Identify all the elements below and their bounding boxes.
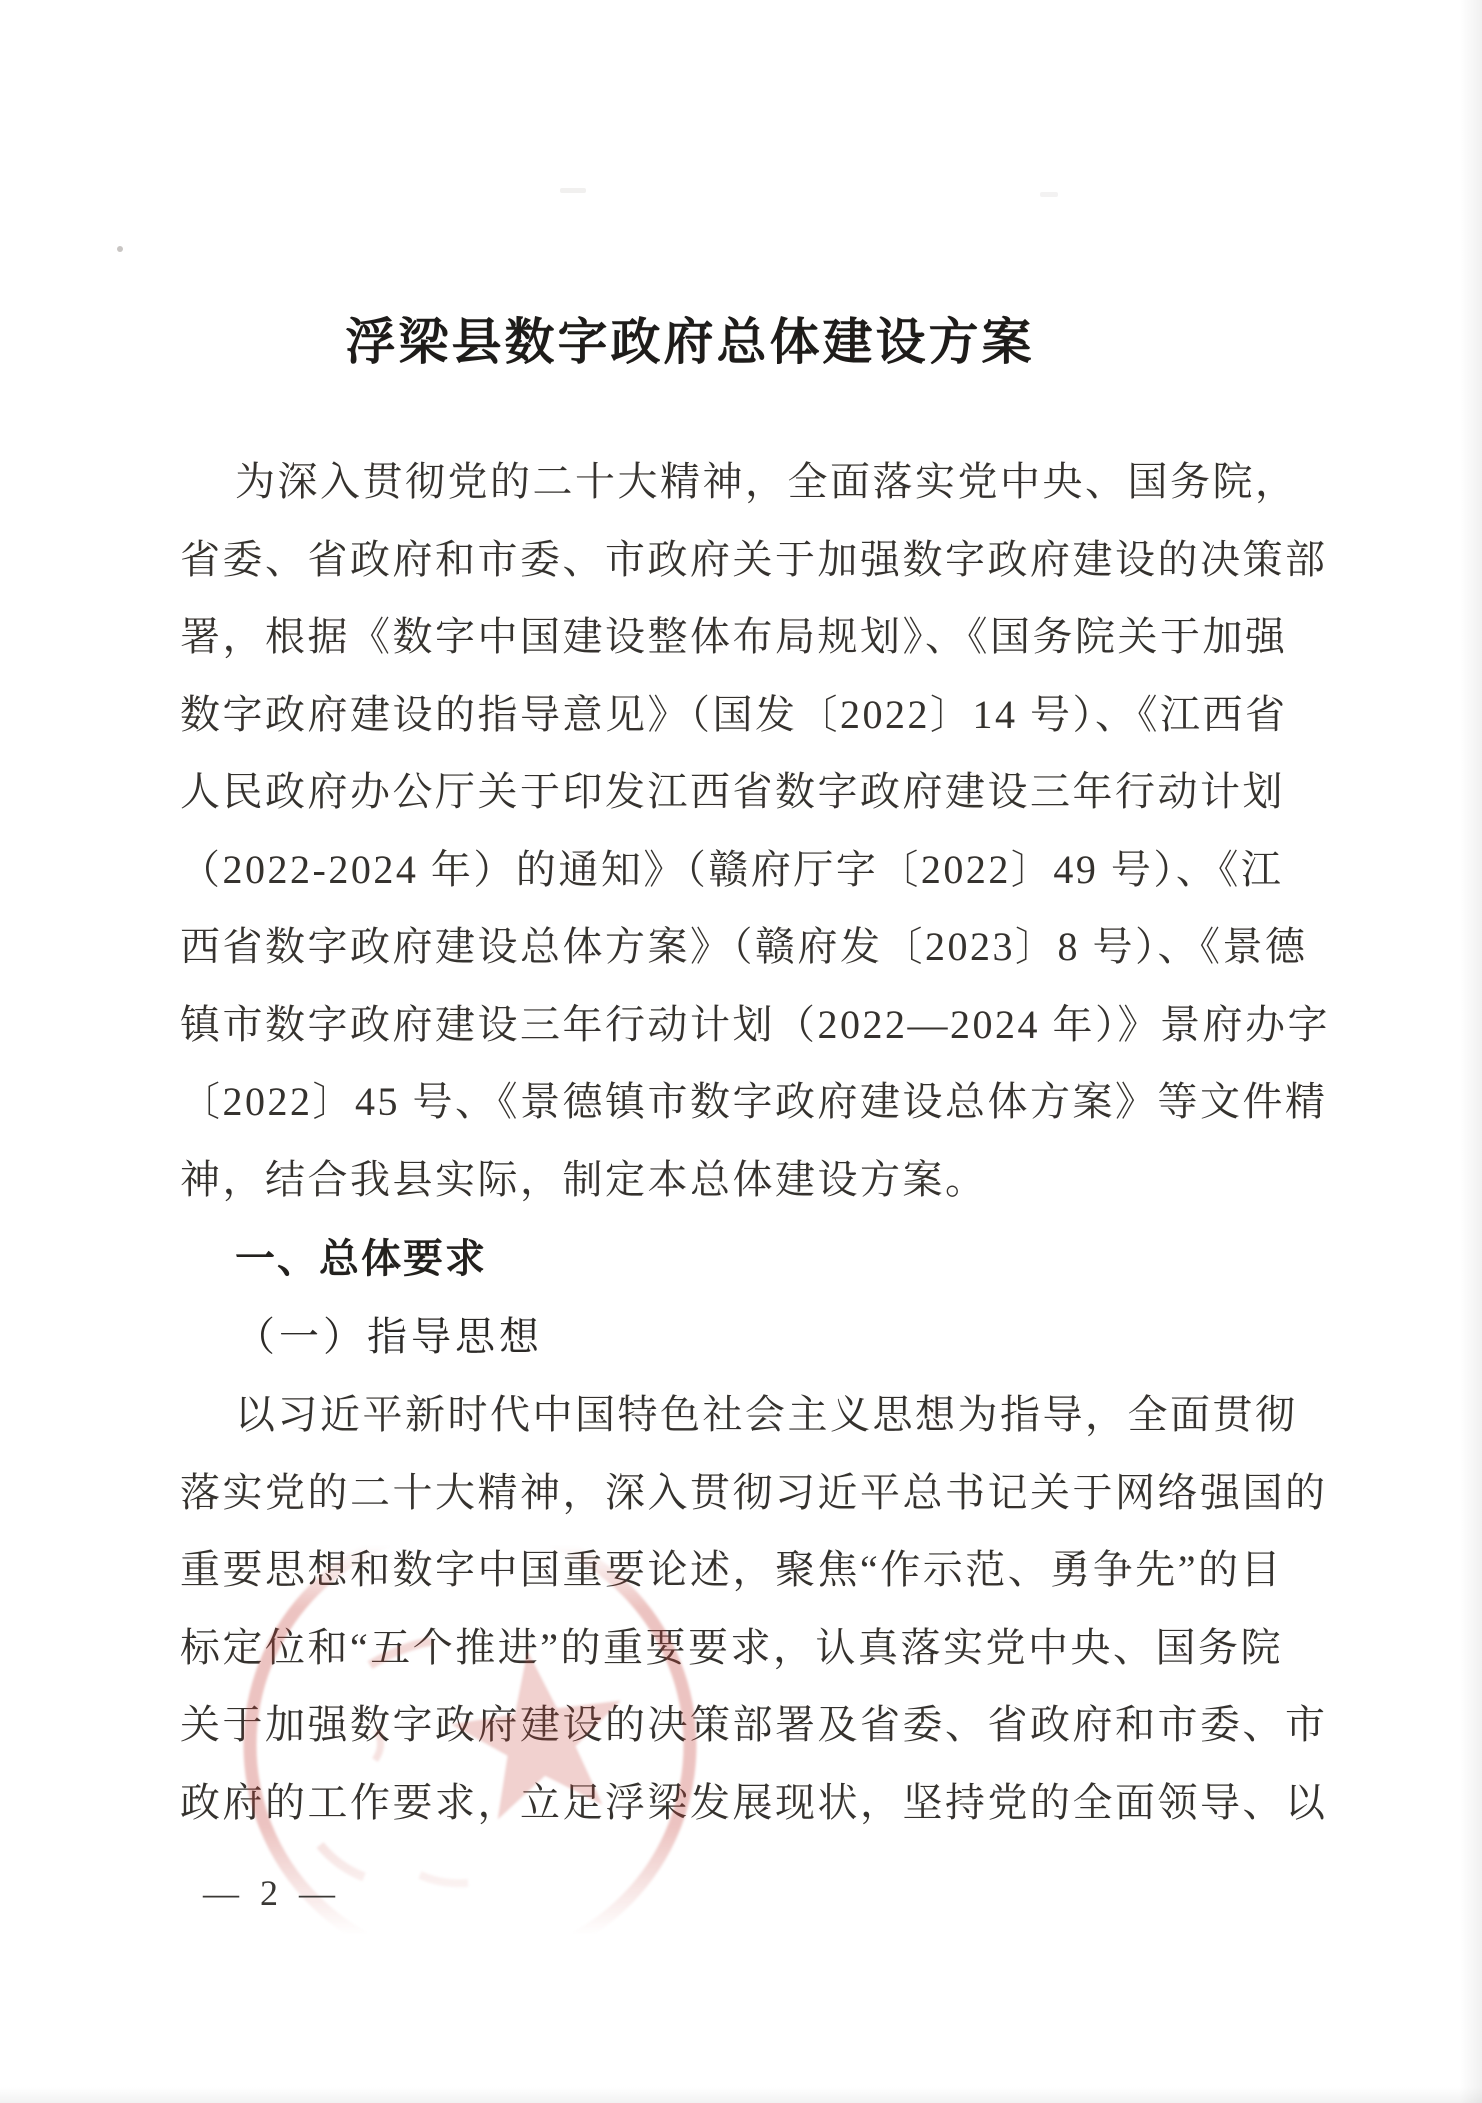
paragraph-guiding-ideology: 以习近平新时代中国特色社会主义思想为指导，全面贯彻 落实党的二十大精神，深入贯彻… (180, 1376, 1340, 1841)
text-line: 人民政府办公厅关于印发江西省数字政府建设三年行动计划 (180, 753, 1340, 831)
text-line: 镇市数字政府建设三年行动计划（2022—2024 年）》景府办字 (180, 986, 1340, 1064)
text-line: 标定位和“五个推进”的重要要求，认真落实党中央、国务院 (180, 1609, 1340, 1687)
document-page: 浮梁县数字政府总体建设方案 为深入贯彻党的二十大精神，全面落实党中央、国务院， … (0, 0, 1482, 2103)
paragraph-intro: 为深入贯彻党的二十大精神，全面落实党中央、国务院， 省委、省政府和市委、市政府关… (180, 443, 1340, 1218)
page-number: — 2 — (203, 1872, 341, 1914)
text-line: 重要思想和数字中国重要论述，聚焦“作示范、勇争先”的目 (180, 1531, 1340, 1609)
text-line: 署，根据《数字中国建设整体布局规划》、《国务院关于加强 (180, 598, 1340, 676)
text-line: 关于加强数字政府建设的决策部署及省委、省政府和市委、市 (180, 1686, 1340, 1764)
scan-edge-shadow (0, 2087, 1482, 2103)
text-line: 神，结合我县实际，制定本总体建设方案。 (180, 1141, 1340, 1219)
text-line: 落实党的二十大精神，深入贯彻习近平总书记关于网络强国的 (180, 1454, 1340, 1532)
text-line: 省委、省政府和市委、市政府关于加强数字政府建设的决策部 (180, 521, 1340, 599)
text-line: 西省数字政府建设总体方案》（赣府发〔2023〕8 号）、《景德 (180, 908, 1340, 986)
subsection-heading: （一）指导思想 (235, 1298, 543, 1376)
text-line: 政府的工作要求，立足浮梁发展现状，坚持党的全面领导、以 (180, 1764, 1340, 1842)
text-line: 数字政府建设的指导意见》（国发〔2022〕14 号）、《江西省 (180, 676, 1340, 754)
section-heading: 一、总体要求 (235, 1221, 487, 1299)
scan-edge-shadow (1460, 0, 1482, 2103)
text-line: （2022-2024 年）的通知》（赣府厅字〔2022〕49 号）、《江 (180, 831, 1340, 909)
text-line: 以习近平新时代中国特色社会主义思想为指导，全面贯彻 (180, 1376, 1340, 1454)
document-title: 浮梁县数字政府总体建设方案 (120, 302, 1260, 374)
scan-speck (117, 246, 123, 252)
scan-speck (1040, 192, 1058, 197)
text-line: 为深入贯彻党的二十大精神，全面落实党中央、国务院， (180, 443, 1340, 521)
scan-speck (560, 188, 586, 193)
text-line: 〔2022〕45 号、《景德镇市数字政府建设总体方案》等文件精 (180, 1063, 1340, 1141)
